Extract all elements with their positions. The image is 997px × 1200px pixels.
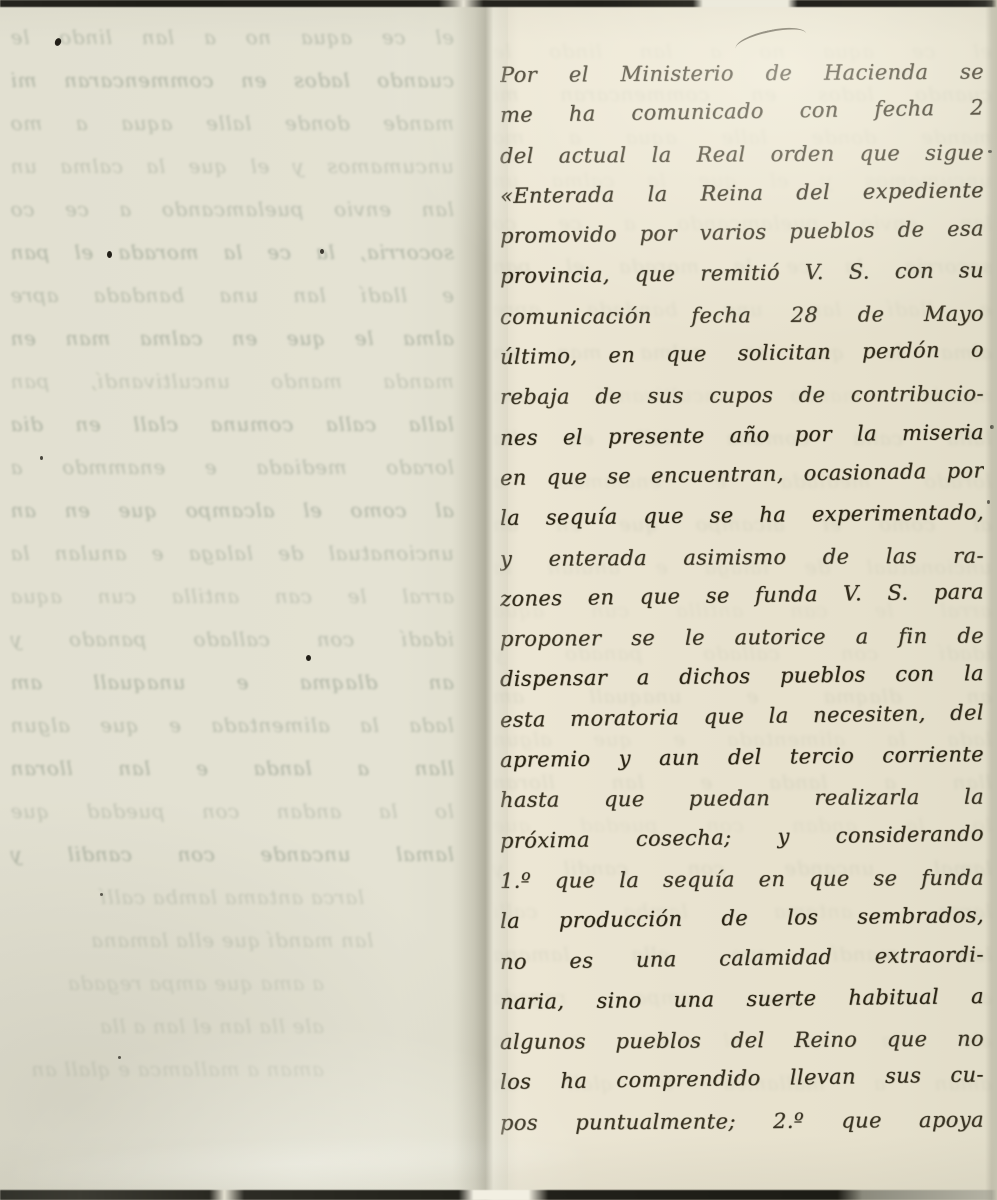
ghost-text-line: a ama que ampa regada	[10, 962, 454, 1005]
ghost-text-line: lan mandí que ella lamana	[10, 919, 454, 962]
ghost-text-line: e lladí lan una bandada apre	[10, 274, 454, 317]
ghost-text-line: llan a landa e lan lloran	[10, 747, 454, 790]
ink-speck	[100, 893, 103, 896]
manuscript-line: provincia, que remitió V. S. con su	[500, 251, 984, 297]
ghost-text-line: manda mando uncultivandí, pan	[10, 360, 454, 403]
ghost-text-line: mande donde lalle aqua a mo	[10, 102, 454, 145]
ghost-text-line: arral le can antilla cun aqua	[10, 575, 454, 618]
ink-speck	[987, 500, 990, 504]
left-page-bleedthrough: el ce aqua no a lan lindo lecuando lados…	[0, 0, 462, 1200]
ghost-text-line: alma le que en calma man en	[10, 317, 454, 360]
manuscript-line: los ha comprendido llevan sus cu-	[500, 1055, 985, 1103]
ghost-text-line: lo la andan con puedad que	[10, 790, 454, 833]
manuscript-line: rebaja de sus cupos de contribucio-	[500, 374, 984, 418]
ghost-text-line: lamal uncande con candil y	[10, 833, 454, 876]
manuscript-line: proponer se le autorice a fin de	[500, 616, 984, 660]
ghost-text-line: lada la alimentada e que algun	[10, 704, 454, 747]
ghost-text-line: larca antama lamba callí	[10, 876, 454, 919]
manuscript-line: del actual la Real orden que sigue	[500, 132, 984, 176]
ghost-text-line: an dlaqma e unaquall am	[10, 661, 454, 704]
manuscript-line: promovido por varios pueblos de esa	[500, 209, 985, 257]
ink-speck	[107, 251, 112, 258]
ink-speck	[988, 150, 992, 153]
ghost-text-line: lan envio puelamcando a ce co	[10, 188, 454, 231]
ghost-text-line: el ce aqua no a lan lindo le	[10, 16, 454, 59]
manuscript-line: la sequía que se ha experimentado,	[500, 492, 984, 538]
ghost-text-line: socorria, la ce la morada el pan	[10, 231, 454, 274]
ink-speck	[306, 655, 311, 661]
manuscript-line: próxima cosecha; y considerando	[500, 813, 985, 861]
manuscript-line: naria, sino una suerte habitual a	[500, 976, 984, 1022]
ink-speck	[118, 1056, 121, 1059]
manuscript-line: 1.º que la sequía en que se funda	[500, 858, 984, 902]
ghost-text-line: lalla calla comuna clall en dia	[10, 403, 454, 446]
ink-speck	[320, 249, 324, 254]
manuscript-scan: el ce aqua no a lan lindo lecuando lados…	[0, 0, 997, 1200]
ghost-text-line: ale lla lan el lan a lla	[10, 1005, 454, 1048]
ghost-text-line: lorado mediada e enammdo a	[10, 446, 454, 489]
ink-speck	[990, 425, 994, 429]
ghost-text-line: uncionatual de lalaga e anulan la	[10, 532, 454, 575]
ghost-text-line: aman a mallamca e qlall an	[10, 1048, 454, 1091]
manuscript-line: zones en que se funda V. S. para	[500, 571, 985, 619]
manuscript-line: me ha comunicado con fecha 2	[500, 88, 985, 136]
manuscript-line: esta moratoria que la necesiten, del	[500, 692, 985, 740]
ink-speck	[40, 456, 43, 460]
ghost-text-line: uncumamos y el que la calma un	[10, 145, 454, 188]
ghost-text-line: cuando lados en commencaran mi	[10, 59, 454, 102]
manuscript-line: no es una calamidad extraordi-	[500, 934, 985, 982]
manuscript-line: apremio y aun del tercio corriente	[500, 734, 984, 780]
manuscript-line: último, en que solicitan perdón o	[500, 329, 985, 377]
ghost-text-line: idadí con callado panado y	[10, 618, 454, 661]
scan-edge-bottom	[0, 1190, 997, 1200]
manuscript-line: pos puntualmente; 2.º que apoya	[500, 1099, 984, 1143]
manuscript-line: en que se encuentran, ocasionada por	[500, 450, 985, 498]
right-page-text: Por el Ministerio de Hacienda seme ha co…	[488, 0, 997, 1200]
ghost-text-line: al como el alcampo que en an	[10, 489, 454, 532]
scan-edge-top	[0, 0, 997, 7]
